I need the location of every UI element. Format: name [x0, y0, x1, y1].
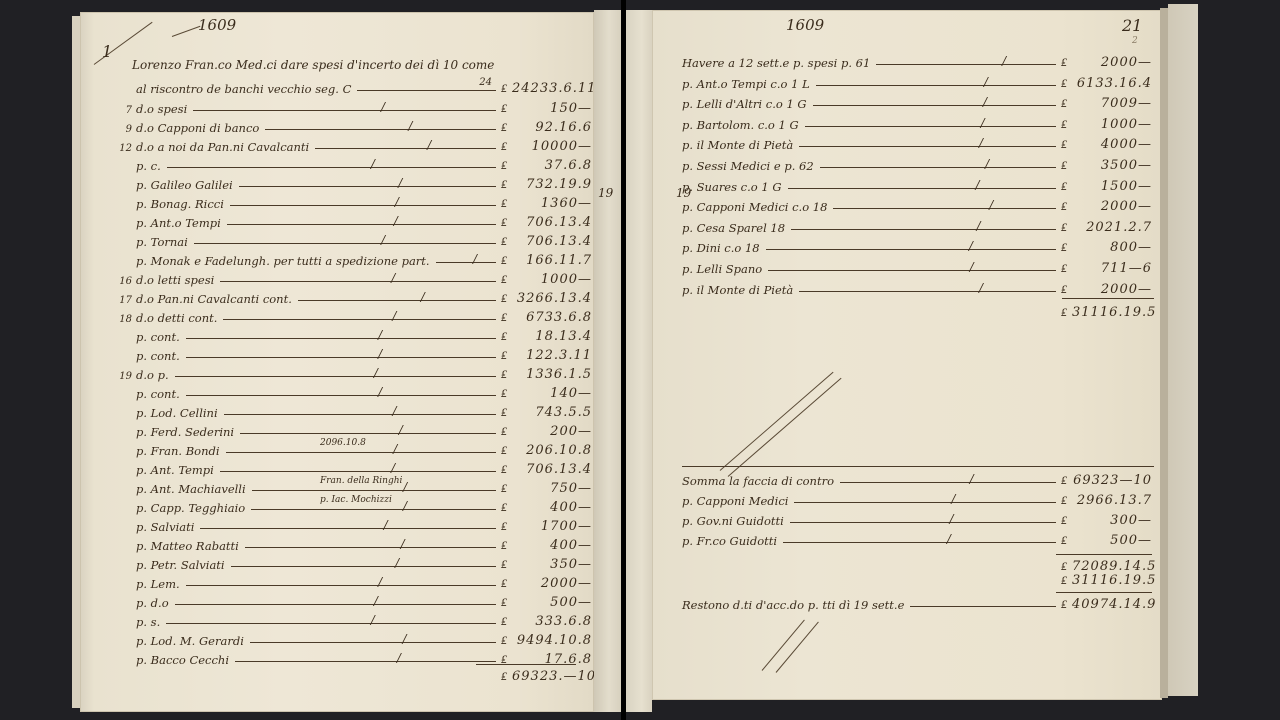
lira-sign: ₤: [496, 595, 512, 610]
entry-amount: 711—6: [1072, 261, 1152, 276]
entry-description: Havere a 12 sett.e p. spesi p. 61: [682, 56, 876, 70]
entry-description: p. Lelli Spano: [682, 262, 768, 276]
entry-amount: 150—: [512, 101, 592, 116]
entry-description: p. Capponi Medici c.o 18: [682, 200, 833, 214]
lira-sign: ₤: [496, 576, 512, 591]
check-tick: /: [401, 537, 405, 551]
gutter-left: 19: [594, 10, 624, 712]
folio-sub: 2: [1132, 36, 1138, 46]
entry-description: p. Fr.co Guidotti: [682, 534, 783, 548]
check-tick: /: [381, 233, 385, 247]
entry-rule: /: [245, 547, 496, 548]
entry-rule: /: [788, 188, 1056, 189]
entry-description: p. Lem.: [136, 577, 186, 591]
folio-number: 21: [1122, 16, 1142, 35]
gutter-right: [626, 10, 652, 712]
lira-sign: ₤: [496, 481, 512, 496]
check-tick: /: [427, 138, 431, 152]
ledger-entry: p. Lelli d'Altri c.o 1 G/₤7009—: [682, 91, 1152, 111]
heading-ref: 24: [479, 77, 492, 88]
ledger-entry: p. Petr. Salviati/₤350—: [110, 552, 592, 572]
entry-rule: /: [251, 509, 496, 510]
check-tick: /: [403, 480, 407, 494]
entry-amount: 37.6.8: [512, 158, 592, 173]
lira-sign: ₤: [496, 443, 512, 458]
entry-description: p. Gov.ni Guidotti: [682, 514, 790, 528]
entry-rule: /: [223, 319, 496, 320]
check-tick: /: [392, 309, 396, 323]
lira-sign: ₤: [1056, 220, 1072, 235]
lira-sign: ₤: [1056, 96, 1072, 111]
entry-rule: /: [820, 167, 1056, 168]
ledger-entry: p. Ferd. Sederini/₤200—: [110, 419, 592, 439]
ledger-entry: p. Salviati/₤1700—: [110, 514, 592, 534]
entry-rule: /: [186, 338, 496, 339]
entry-rule: /: [235, 661, 496, 662]
heading-line-1: Lorenzo Fran.co Med.ci dare spesi d'ince…: [132, 58, 494, 72]
entry-amount: 7009—: [1072, 96, 1152, 111]
lira-sign: ₤: [496, 196, 512, 211]
entry-description: p. Suares c.o 1 G: [682, 180, 788, 194]
check-tick: /: [979, 136, 983, 150]
entry-amount: 166.11.7: [512, 253, 592, 268]
check-tick: /: [950, 512, 954, 526]
entry-amount: 333.6.8: [512, 614, 592, 629]
check-tick: /: [397, 651, 401, 665]
ledger-entry: p. Capponi Medici c.o 18/₤2000—: [682, 194, 1152, 214]
entry-rule: /: [193, 110, 496, 111]
ledger-entry: p. cont./₤140—: [110, 381, 592, 401]
ledger-entry: p. Lem./₤2000—: [110, 571, 592, 591]
right-page: 1609 21 2 19 Havere a 12 sett.e p. spesi…: [652, 10, 1162, 700]
entry-rule: /: [805, 126, 1056, 127]
entry-description: p. s.: [136, 615, 166, 629]
entry-amount: 706.13.4: [512, 462, 592, 477]
entry-description: d.o detti cont.: [136, 311, 223, 325]
lira-sign: ₤: [1056, 76, 1072, 91]
lira-sign: ₤: [496, 633, 512, 648]
entry-rule: /: [175, 376, 496, 377]
entry-amount: 9494.10.8: [512, 633, 592, 648]
entry-rule: /: [833, 208, 1056, 209]
check-tick: /: [421, 290, 425, 304]
lira-sign: ₤: [1056, 240, 1072, 255]
entry-amount: 800—: [1072, 240, 1152, 255]
entry-rule: /: [768, 270, 1056, 271]
entry-description: p. Salviati: [136, 520, 200, 534]
ledger-entry: p. Capp. Tegghiaio/₤400—p. Iac. Mochizzi: [110, 495, 592, 515]
check-tick: /: [391, 461, 395, 475]
year-flourish: [172, 26, 201, 37]
entry-description: d.o Capponi di banco: [136, 121, 265, 135]
heading-row: al riscontro de banchi vecchio seg. C 24…: [110, 76, 592, 96]
entry-rule: /: [186, 585, 496, 586]
check-tick: /: [947, 532, 951, 546]
entry-description: p. Capp. Tegghiaio: [136, 501, 251, 515]
entry-note: 2096.10.8: [320, 438, 366, 448]
cancel-stroke: [728, 378, 842, 477]
entry-rule: /: [876, 64, 1056, 65]
check-tick: /: [983, 95, 987, 109]
entry-description: p. Lod. Cellini: [136, 406, 224, 420]
lira-sign: ₤: [1056, 137, 1072, 152]
ledger-entry: p. d.o/₤500—: [110, 590, 592, 610]
ledger-entry: 7d.o spesi/₤150—: [110, 96, 592, 116]
entry-amount: 2966.13.7: [1072, 493, 1152, 508]
entry-rule: /: [816, 85, 1056, 86]
check-tick: /: [402, 632, 406, 646]
entry-rule: /: [200, 528, 496, 529]
entry-amount: 732.19.9: [512, 177, 592, 192]
ledger-entry: p. Matteo Rabatti/₤400—: [110, 533, 592, 553]
balance-label: Restono d.ti d'acc.do p. tti dì 19 sett.…: [682, 598, 910, 612]
entry-amount: 1000—: [512, 272, 592, 287]
lira-sign: ₤: [496, 386, 512, 401]
ledger-entry: Somma la faccia di contro/₤69323—10: [682, 468, 1152, 488]
ledger-entry: p. Lelli Spano/₤711—6: [682, 256, 1152, 276]
ledger-entry: 9d.o Capponi di banco/₤92.16.6: [110, 115, 592, 135]
entry-note: Fran. della Ringhi: [320, 476, 402, 486]
entry-description: p. c.: [136, 159, 167, 173]
lira-sign: ₤: [496, 272, 512, 287]
lira-sign: ₤: [496, 424, 512, 439]
entry-description: p. Tornai: [136, 235, 194, 249]
lira-sign: ₤: [496, 234, 512, 249]
sum-row-2: ₤ 31116.19.5: [682, 568, 1152, 588]
ledger-entry: p. Bonag. Ricci/₤1360—: [110, 191, 592, 211]
lira-sign: ₤: [1056, 199, 1072, 214]
ledger-entry: p. Ant.o Tempi/₤706.13.4: [110, 210, 592, 230]
lira-sign: ₤: [1056, 282, 1072, 297]
entry-description: p. Fran. Bondi: [136, 444, 226, 458]
ledger-entry: Havere a 12 sett.e p. spesi p. 61/₤2000—: [682, 50, 1152, 70]
entry-amount: 92.16.6: [512, 120, 592, 135]
entry-description: p. Ant.o Tempi: [136, 216, 227, 230]
entry-rule: /: [813, 105, 1056, 106]
ledger-entry: 16d.o letti spesi/₤1000—: [110, 267, 592, 287]
heading-line-2: al riscontro de banchi vecchio seg. C: [136, 82, 357, 96]
manuscript-viewer: 1 1609 Lorenzo Fran.co Med.ci dare spesi…: [0, 0, 1280, 720]
entry-rule: /: [240, 433, 496, 434]
ledger-entry: p. cont./₤18.13.4: [110, 324, 592, 344]
entry-description: d.o a noi da Pan.ni Cavalcanti: [136, 140, 315, 154]
entry-rule: /: [167, 167, 496, 168]
entry-rule: /: [799, 146, 1056, 147]
lira-sign: ₤: [1056, 179, 1072, 194]
right-subtotal: 31116.19.5: [1072, 305, 1152, 320]
right-page-flap: [1168, 4, 1198, 696]
entry-description: p. Lod. M. Gerardi: [136, 634, 250, 648]
lira-sign: ₤: [496, 462, 512, 477]
entry-amount: 1500—: [1072, 179, 1152, 194]
entry-amount: 206.10.8: [512, 443, 592, 458]
check-tick: /: [378, 385, 382, 399]
lira-sign: ₤: [496, 367, 512, 382]
check-tick: /: [951, 492, 955, 506]
lira-sign: ₤: [496, 538, 512, 553]
entry-rule: /: [166, 623, 496, 624]
check-tick: /: [981, 116, 985, 130]
entry-description: p. Dini c.o 18: [682, 241, 766, 255]
left-total-row: ₤ 69323.—10: [110, 664, 592, 684]
lira-sign: ₤: [496, 158, 512, 173]
entry-amount: 122.3.11: [512, 348, 592, 363]
entry-amount: 3500—: [1072, 158, 1152, 173]
ledger-entry: p. Lod. M. Gerardi/₤9494.10.8: [110, 628, 592, 648]
entry-description: p. cont.: [136, 349, 186, 363]
entry-description: p. Cesa Sparel 18: [682, 221, 791, 235]
lira-sign: ₤: [496, 120, 512, 135]
entry-rule: /: [250, 642, 496, 643]
lira-sign: ₤: [496, 348, 512, 363]
entry-rule: /: [224, 414, 496, 415]
entry-amount: 1336.1.5: [512, 367, 592, 382]
entry-amount: 400—: [512, 500, 592, 515]
entry-amount: 140—: [512, 386, 592, 401]
ledger-entry: p. Tornai/₤706.13.4: [110, 229, 592, 249]
folio-mark: 1: [102, 42, 112, 61]
check-tick: /: [989, 198, 993, 212]
entry-description: p. Petr. Salviati: [136, 558, 231, 572]
entry-description: p. cont.: [136, 330, 186, 344]
entry-amount: 2000—: [1072, 55, 1152, 70]
entry-description: p. Galileo Galilei: [136, 178, 239, 192]
check-tick: /: [384, 518, 388, 532]
gutter-note: 19: [598, 186, 613, 200]
sum-line-2: 31116.19.5: [1072, 573, 1152, 588]
check-tick: /: [969, 239, 973, 253]
left-page: 1 1609 Lorenzo Fran.co Med.ci dare spesi…: [80, 12, 594, 712]
entry-description: p. Monak e Fadelungh. per tutti a spediz…: [136, 254, 436, 268]
entry-amount: 1700—: [512, 519, 592, 534]
lira-sign: ₤: [496, 519, 512, 534]
entry-description: d.o spesi: [136, 102, 193, 116]
entry-amount: 69323—10: [1072, 473, 1152, 488]
cancel-stroke: [720, 372, 834, 471]
ledger-entry: p. Ant.o Tempi c.o 1 L/₤6133.16.4: [682, 71, 1152, 91]
entry-description: p. Capponi Medici: [682, 494, 794, 508]
lira-sign: ₤: [496, 557, 512, 572]
entry-amount: 400—: [512, 538, 592, 553]
ledger-entry: p. Capponi Medici/₤2966.13.7: [682, 488, 1152, 508]
entry-rule: /: [186, 357, 496, 358]
ledger-entry: 12d.o a noi da Pan.ni Cavalcanti/₤10000—: [110, 134, 592, 154]
entry-description: p. Ant. Tempi: [136, 463, 220, 477]
entry-rule: /: [840, 482, 1056, 483]
ledger-entry: 17d.o Pan.ni Cavalcanti cont./₤3266.13.4: [110, 286, 592, 306]
entry-amount: 2000—: [512, 576, 592, 591]
ledger-entry: p. Gov.ni Guidotti/₤300—: [682, 508, 1152, 528]
lira-sign: ₤: [496, 329, 512, 344]
check-tick: /: [979, 281, 983, 295]
ledger-entry: p. Fr.co Guidotti/₤500—: [682, 528, 1152, 548]
entry-rule: /: [794, 502, 1056, 503]
entry-rule: /: [298, 300, 496, 301]
check-tick: /: [395, 195, 399, 209]
lira-sign: ₤: [496, 614, 512, 629]
entry-amount: 1000—: [1072, 117, 1152, 132]
entry-rule: /: [239, 186, 496, 187]
entry-amount: 300—: [1072, 513, 1152, 528]
ledger-entry: p. il Monte di Pietà/₤4000—: [682, 132, 1152, 152]
lira-sign: ₤: [496, 310, 512, 325]
ledger-entry: p. Fran. Bondi/₤206.10.82096.10.8: [110, 438, 592, 458]
entry-note: p. Iac. Mochizzi: [320, 495, 392, 505]
check-tick: /: [378, 575, 382, 589]
lira-sign: ₤: [1056, 473, 1072, 488]
check-tick: /: [970, 260, 974, 274]
check-tick: /: [374, 366, 378, 380]
entry-description: d.o p.: [136, 368, 175, 382]
entry-amount: 706.13.4: [512, 215, 592, 230]
lira-sign: ₤: [1056, 158, 1072, 173]
entry-rule: /: [194, 243, 496, 244]
ledger-entry: 19d.o p./₤1336.1.5: [110, 362, 592, 382]
lira-sign: ₤: [496, 291, 512, 306]
entry-amount: 743.5.5: [512, 405, 592, 420]
entry-amount: 500—: [512, 595, 592, 610]
entry-description: p. Matteo Rabatti: [136, 539, 245, 553]
entry-rule: /: [227, 224, 496, 225]
lira-sign: ₤: [496, 500, 512, 515]
lira-sign: ₤: [1056, 55, 1072, 70]
check-tick: /: [970, 472, 974, 486]
ledger-entry: p. Suares c.o 1 G/₤1500—: [682, 174, 1152, 194]
right-subtotal-row: ₤ 31116.19.5: [682, 300, 1152, 320]
check-tick: /: [985, 157, 989, 171]
heading-amount: 24233.6.11: [512, 81, 592, 96]
check-tick: /: [398, 176, 402, 190]
entry-rule: /: [766, 249, 1056, 250]
ledger-entry: p. Bartolom. c.o 1 G/₤1000—: [682, 112, 1152, 132]
check-tick: /: [1002, 54, 1006, 68]
entry-description: p. Ant. Machiavelli: [136, 482, 252, 496]
lira-sign: ₤: [496, 139, 512, 154]
check-tick: /: [381, 100, 385, 114]
entry-rule: /: [315, 148, 496, 149]
ledger-entry: p. Galileo Galilei/₤732.19.9: [110, 172, 592, 192]
entry-description: p. Bonag. Ricci: [136, 197, 230, 211]
entry-rule: /: [436, 262, 496, 263]
check-tick: /: [371, 613, 375, 627]
lira-sign: ₤: [496, 405, 512, 420]
lira-sign: ₤: [496, 253, 512, 268]
lira-sign: ₤: [1056, 533, 1072, 548]
entry-rule: /: [230, 205, 496, 206]
entry-amount: 10000—: [512, 139, 592, 154]
check-tick: /: [378, 347, 382, 361]
entry-amount: 3266.13.4: [512, 291, 592, 306]
page-year: 1609: [198, 16, 236, 34]
entry-description: p. Ant.o Tempi c.o 1 L: [682, 77, 816, 91]
entry-description: p. cont.: [136, 387, 186, 401]
entry-rule: /: [175, 604, 496, 605]
subtotal-rule: [1062, 298, 1154, 299]
entry-rule: /: [252, 490, 496, 491]
lira-sign: ₤: [496, 101, 512, 116]
block-rule: [682, 466, 1154, 467]
entry-amount: 2000—: [1072, 199, 1152, 214]
entry-description: d.o Pan.ni Cavalcanti cont.: [136, 292, 298, 306]
entry-amount: 1360—: [512, 196, 592, 211]
ledger-entry: p. Ant. Machiavelli/₤750—Fran. della Rin…: [110, 476, 592, 496]
ledger-entry: p. cont./₤122.3.11: [110, 343, 592, 363]
entry-description: p. Lelli d'Altri c.o 1 G: [682, 97, 813, 111]
entry-description: d.o letti spesi: [136, 273, 220, 287]
ledger-entry: p. Lod. Cellini/₤743.5.5: [110, 400, 592, 420]
entry-rule: /: [231, 566, 496, 567]
ledger-entry: p. Dini c.o 18/₤800—: [682, 235, 1152, 255]
entry-rule: /: [220, 471, 496, 472]
ledger-entry: p. Cesa Sparel 18/₤2021.2.7: [682, 215, 1152, 235]
check-tick: /: [374, 594, 378, 608]
entry-amount: 18.13.4: [512, 329, 592, 344]
check-tick: /: [408, 119, 412, 133]
ledger-entry: p. il Monte di Pietà/₤2000—: [682, 277, 1152, 297]
entry-description: Somma la faccia di contro: [682, 474, 840, 488]
right-page-edge: [1160, 8, 1168, 698]
entry-amount: 500—: [1072, 533, 1152, 548]
left-total: 69323.—10: [512, 669, 592, 684]
entry-rule: /: [783, 542, 1056, 543]
check-tick: /: [984, 75, 988, 89]
check-tick: /: [378, 328, 382, 342]
entry-rule: /: [265, 129, 496, 130]
entry-amount: 706.13.4: [512, 234, 592, 249]
entry-description: p. Bartolom. c.o 1 G: [682, 118, 805, 132]
check-tick: /: [399, 423, 403, 437]
page-year: 1609: [786, 16, 824, 34]
check-tick: /: [371, 157, 375, 171]
entry-rule: /: [226, 452, 496, 453]
check-tick: /: [394, 214, 398, 228]
lira-sign: ₤: [496, 177, 512, 192]
check-tick: /: [975, 178, 979, 192]
entry-amount: 4000—: [1072, 137, 1152, 152]
check-tick: /: [393, 404, 397, 418]
lira-sign: ₤: [1056, 117, 1072, 132]
entry-amount: 6133.16.4: [1072, 76, 1152, 91]
entry-amount: 350—: [512, 557, 592, 572]
entry-rule: /: [791, 229, 1056, 230]
balance-row: Restono d.ti d'acc.do p. tti dì 19 sett.…: [682, 592, 1152, 612]
entry-amount: 750—: [512, 481, 592, 496]
entry-description: p. d.o: [136, 596, 175, 610]
entry-amount: 2021.2.7: [1072, 220, 1152, 235]
check-tick: /: [395, 556, 399, 570]
entry-rule: /: [186, 395, 496, 396]
lira-sign: ₤: [496, 215, 512, 230]
check-tick: /: [391, 271, 395, 285]
entry-amount: 6733.6.8: [512, 310, 592, 325]
ledger-entry: p. Monak e Fadelungh. per tutti a spediz…: [110, 248, 592, 268]
ledger-entry: p. Ant. Tempi/₤706.13.4: [110, 457, 592, 477]
balance-amount: 40974.14.9: [1072, 597, 1152, 612]
entry-rule: /: [790, 522, 1056, 523]
check-tick: /: [403, 499, 407, 513]
entry-description: p. il Monte di Pietà: [682, 138, 799, 152]
entry-amount: 200—: [512, 424, 592, 439]
entry-rule: /: [220, 281, 496, 282]
lira-sign: ₤: [1056, 493, 1072, 508]
entry-description: p. il Monte di Pietà: [682, 283, 799, 297]
ledger-entry: 18d.o detti cont./₤6733.6.8: [110, 305, 592, 325]
entry-amount: 2000—: [1072, 282, 1152, 297]
lira-sign: ₤: [1056, 513, 1072, 528]
entry-rule: /: [799, 291, 1056, 292]
entry-description: p. Sessi Medici e p. 62: [682, 159, 820, 173]
ledger-entry: p. Sessi Medici e p. 62/₤3500—: [682, 153, 1152, 173]
